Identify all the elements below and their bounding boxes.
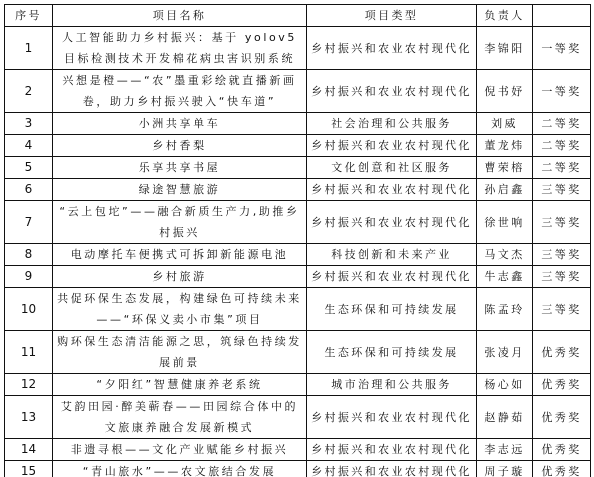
row-project-name: 人工智能助力乡村振兴：基于 yolov5 目标检测技术开发棉花病虫害识别系统 [53,27,307,70]
row-award: 三等奖 [533,288,591,331]
header-project-type: 项目类型 [307,5,477,27]
row-project-name: “云上包坨”——融合新质生产力,助推乡村振兴 [53,201,307,244]
table-row: 1人工智能助力乡村振兴：基于 yolov5 目标检测技术开发棉花病虫害识别系统乡… [5,27,591,70]
table-row: 3小洲共享单车社会治理和公共服务刘威二等奖 [5,113,591,135]
row-project-type: 乡村振兴和农业农村现代化 [307,179,477,201]
row-seq: 14 [5,439,53,461]
row-project-type: 乡村振兴和农业农村现代化 [307,266,477,288]
row-project-name: 购环保生态清洁能源之思，筑绿色持续发展前景 [53,331,307,374]
table-row: 15“青山旅水”——农文旅结合发展乡村振兴和农业农村现代化周子璇优秀奖 [5,461,591,477]
row-project-type: 生态环保和可持续发展 [307,331,477,374]
row-award: 二等奖 [533,157,591,179]
row-leader: 杨心如 [477,374,533,396]
row-project-name: 电动摩托车便携式可拆卸新能源电池 [53,244,307,266]
table-row: 10共促环保生态发展，构建绿色可持续未来——“环保义卖小市集”项目生态环保和可持… [5,288,591,331]
row-award: 优秀奖 [533,396,591,439]
row-award: 优秀奖 [533,331,591,374]
row-seq: 5 [5,157,53,179]
awards-table: 序号 项目名称 项目类型 负责人 1人工智能助力乡村振兴：基于 yolov5 目… [4,4,591,477]
header-project-name: 项目名称 [53,5,307,27]
row-seq: 2 [5,70,53,113]
row-project-name: 兴想是橙——“农”墨重彩绘就直播新画卷，助力乡村振兴驶入“快车道” [53,70,307,113]
row-leader: 曹荣榕 [477,157,533,179]
row-project-type: 乡村振兴和农业农村现代化 [307,439,477,461]
row-seq: 11 [5,331,53,374]
row-project-name: 乡村旅游 [53,266,307,288]
row-leader: 孙启鑫 [477,179,533,201]
row-leader: 马文杰 [477,244,533,266]
row-project-type: 乡村振兴和农业农村现代化 [307,201,477,244]
row-project-type: 乡村振兴和农业农村现代化 [307,396,477,439]
row-award: 一等奖 [533,27,591,70]
table-row: 11购环保生态清洁能源之思，筑绿色持续发展前景生态环保和可持续发展张凌月优秀奖 [5,331,591,374]
row-seq: 10 [5,288,53,331]
row-leader: 徐世响 [477,201,533,244]
row-leader: 李志远 [477,439,533,461]
row-seq: 4 [5,135,53,157]
row-leader: 刘威 [477,113,533,135]
row-project-name: 共促环保生态发展，构建绿色可持续未来——“环保义卖小市集”项目 [53,288,307,331]
row-award: 二等奖 [533,135,591,157]
row-project-name: 艾韵田园·醉美蕲春——田园综合体中的文旅康养融合发展新模式 [53,396,307,439]
header-award [533,5,591,27]
row-project-name: “夕阳红”智慧健康养老系统 [53,374,307,396]
row-seq: 6 [5,179,53,201]
row-award: 优秀奖 [533,374,591,396]
row-leader: 倪书妤 [477,70,533,113]
table-row: 5乐享共享书屋文化创意和社区服务曹荣榕二等奖 [5,157,591,179]
row-project-name: 乐享共享书屋 [53,157,307,179]
row-leader: 李锦阳 [477,27,533,70]
row-seq: 1 [5,27,53,70]
table-row: 9乡村旅游乡村振兴和农业农村现代化牛志鑫三等奖 [5,266,591,288]
row-leader: 赵静茹 [477,396,533,439]
row-seq: 3 [5,113,53,135]
row-seq: 15 [5,461,53,477]
row-project-name: 小洲共享单车 [53,113,307,135]
row-award: 三等奖 [533,179,591,201]
header-seq: 序号 [5,5,53,27]
table-row: 2兴想是橙——“农”墨重彩绘就直播新画卷，助力乡村振兴驶入“快车道”乡村振兴和农… [5,70,591,113]
table-row: 8电动摩托车便携式可拆卸新能源电池科技创新和未来产业马文杰三等奖 [5,244,591,266]
table-row: 4乡村香梨乡村振兴和农业农村现代化董龙炜二等奖 [5,135,591,157]
header-row: 序号 项目名称 项目类型 负责人 [5,5,591,27]
row-project-type: 乡村振兴和农业农村现代化 [307,70,477,113]
row-project-type: 乡村振兴和农业农村现代化 [307,27,477,70]
row-project-name: 乡村香梨 [53,135,307,157]
row-leader: 董龙炜 [477,135,533,157]
row-project-name: “青山旅水”——农文旅结合发展 [53,461,307,477]
row-project-type: 乡村振兴和农业农村现代化 [307,461,477,477]
row-award: 二等奖 [533,113,591,135]
row-award: 三等奖 [533,244,591,266]
table-row: 13艾韵田园·醉美蕲春——田园综合体中的文旅康养融合发展新模式乡村振兴和农业农村… [5,396,591,439]
row-seq: 8 [5,244,53,266]
row-project-type: 社会治理和公共服务 [307,113,477,135]
row-leader: 周子璇 [477,461,533,477]
row-award: 三等奖 [533,201,591,244]
row-project-type: 乡村振兴和农业农村现代化 [307,135,477,157]
row-seq: 12 [5,374,53,396]
row-award: 三等奖 [533,266,591,288]
row-project-name: 绿途智慧旅游 [53,179,307,201]
row-leader: 张凌月 [477,331,533,374]
table-row: 7“云上包坨”——融合新质生产力,助推乡村振兴乡村振兴和农业农村现代化徐世响三等… [5,201,591,244]
row-leader: 陈孟玲 [477,288,533,331]
row-project-type: 生态环保和可持续发展 [307,288,477,331]
row-award: 优秀奖 [533,461,591,477]
row-project-type: 文化创意和社区服务 [307,157,477,179]
row-project-type: 科技创新和未来产业 [307,244,477,266]
header-leader: 负责人 [477,5,533,27]
row-leader: 牛志鑫 [477,266,533,288]
row-award: 优秀奖 [533,439,591,461]
row-seq: 9 [5,266,53,288]
row-project-name: 非遗寻根——文化产业赋能乡村振兴 [53,439,307,461]
table-row: 12“夕阳红”智慧健康养老系统城市治理和公共服务杨心如优秀奖 [5,374,591,396]
row-seq: 13 [5,396,53,439]
row-project-type: 城市治理和公共服务 [307,374,477,396]
row-award: 一等奖 [533,70,591,113]
table-row: 14非遗寻根——文化产业赋能乡村振兴乡村振兴和农业农村现代化李志远优秀奖 [5,439,591,461]
row-seq: 7 [5,201,53,244]
table-row: 6绿途智慧旅游乡村振兴和农业农村现代化孙启鑫三等奖 [5,179,591,201]
